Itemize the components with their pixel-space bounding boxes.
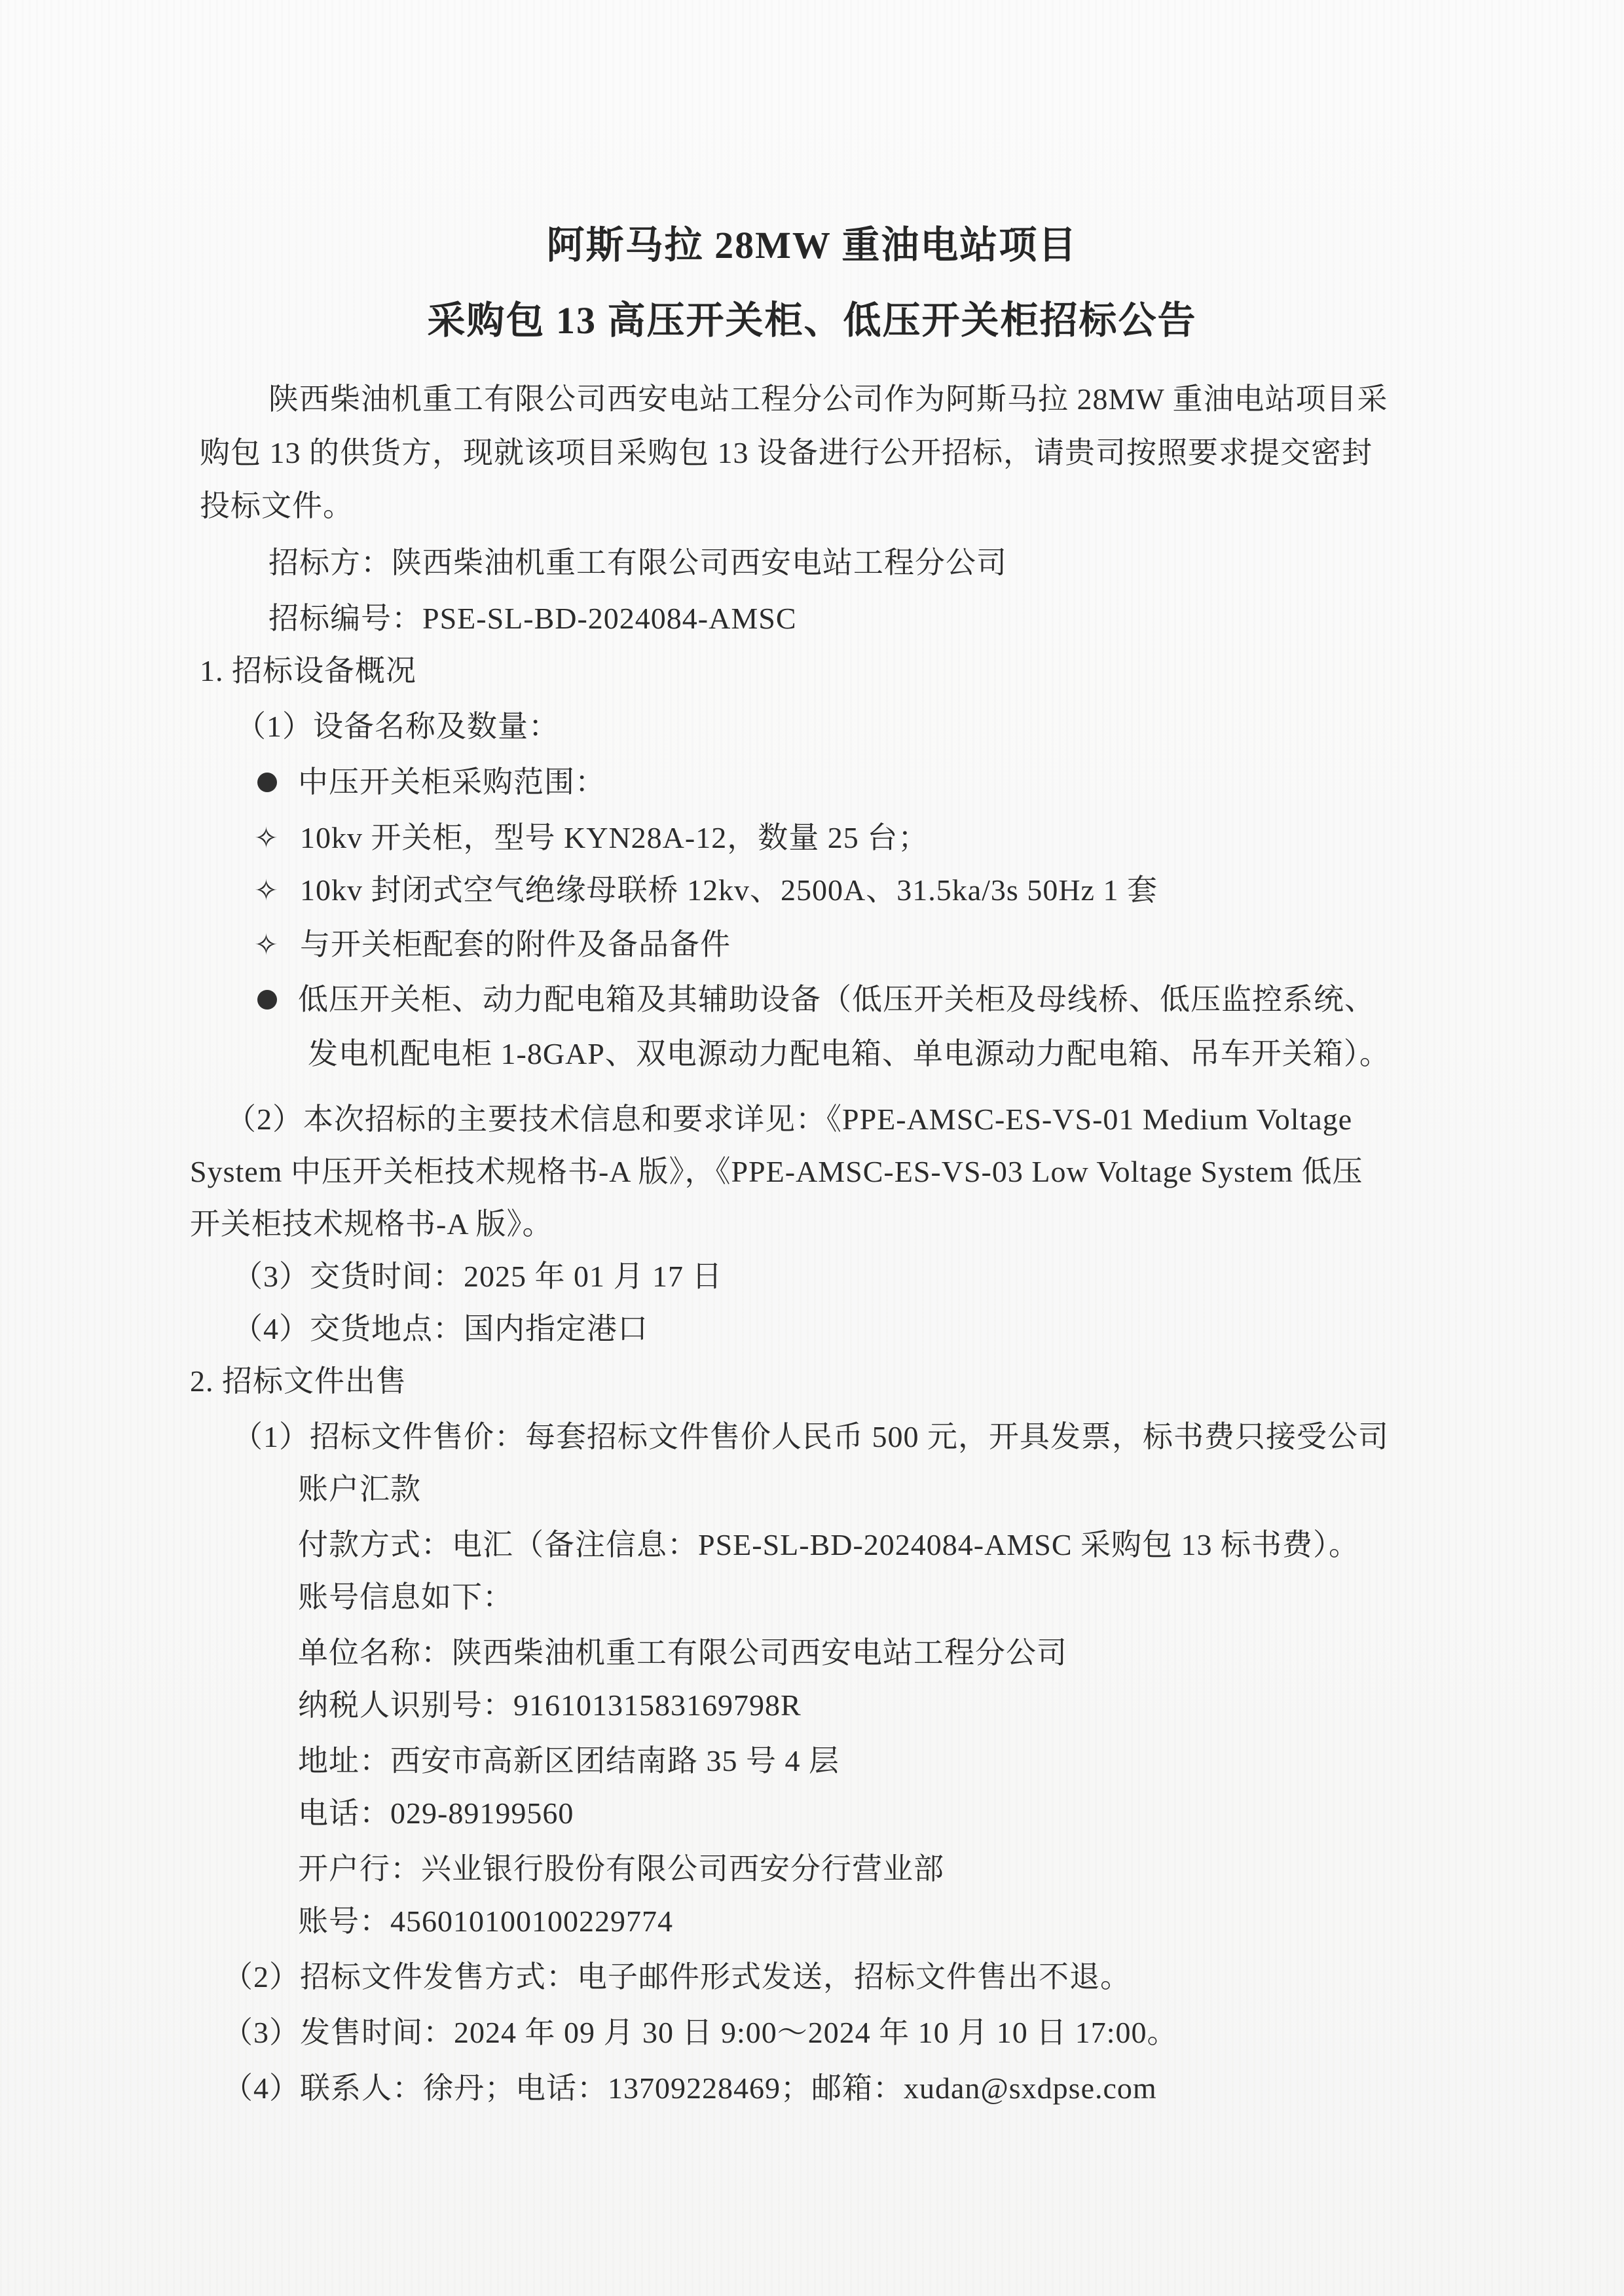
- section2-item3: （3）发售时间：2024 年 09 月 30 日 9:00～2024 年 10 …: [223, 2014, 1178, 2051]
- intro-line-3: 投标文件。: [200, 488, 354, 524]
- document-page: 阿斯马拉 28MW 重油电站项目 采购包 13 高压开关柜、低压开关柜招标公告 …: [0, 0, 1624, 2296]
- bullet-text: 低压开关柜、动力配电箱及其辅助设备（低压开关柜及母线桥、低压监控系统、: [298, 983, 1375, 1016]
- section2-item1-line2: 账户汇款: [298, 1471, 421, 1508]
- tax-id: 纳税人识别号：91610131583169798R: [298, 1687, 802, 1724]
- unit-name: 单位名称：陕西柴油机重工有限公司西安电站工程分公司: [298, 1635, 1067, 1671]
- section1-item4: （4）交货地点：国内指定港口: [232, 1311, 648, 1347]
- sub-item-text: 10kv 封闭式空气绝缘母联桥 12kv、2500A、31.5ka/3s 50H…: [300, 873, 1158, 907]
- intro-line-1: 陕西柴油机重工有限公司西安电站工程分公司作为阿斯马拉 28MW 重油电站项目采: [268, 381, 1388, 418]
- phone: 电话：029-89199560: [298, 1795, 574, 1832]
- tenderer: 招标方：陕西柴油机重工有限公司西安电站工程分公司: [268, 545, 1007, 581]
- sub-item-text: 与开关柜配套的附件及备品备件: [300, 928, 731, 961]
- section1-heading: 1. 招标设备概况: [200, 653, 416, 689]
- section2-heading: 2. 招标文件出售: [190, 1363, 407, 1400]
- bullet-dot-icon: [257, 990, 277, 1010]
- sub-item-text: 10kv 开关柜，型号 KYN28A-12，数量 25 台；: [300, 821, 929, 854]
- section1-item2-line1: （2）本次招标的主要技术信息和要求详见：《PPE-AMSC-ES-VS-01 M…: [226, 1101, 1352, 1138]
- section1-item3: （3）交货时间：2025 年 01 月 17 日: [232, 1258, 723, 1295]
- account-intro: 账号信息如下：: [298, 1579, 513, 1616]
- bank: 开户行：兴业银行股份有限公司西安分行营业部: [298, 1851, 944, 1887]
- address: 地址：西安市高新区团结南路 35 号 4 层: [298, 1743, 840, 1779]
- diamond-icon: ✧: [254, 873, 300, 909]
- title-line-1: 阿斯马拉 28MW 重油电站项目: [0, 223, 1624, 268]
- sub-item-1: ✧10kv 开关柜，型号 KYN28A-12，数量 25 台；: [254, 820, 929, 857]
- section2-item2: （2）招标文件发售方式：电子邮件形式发送，招标文件售出不退。: [223, 1959, 1131, 1995]
- intro-line-2: 购包 13 的供货方，现就该项目采购包 13 设备进行公开招标，请贵司按照要求提…: [200, 435, 1373, 471]
- tender-number: 招标编号：PSE-SL-BD-2024084-AMSC: [268, 600, 797, 637]
- bullet-text: 中压开关柜采购范围：: [298, 765, 606, 799]
- bullet-low-voltage-cont: 发电机配电柜 1-8GAP、双电源动力配电箱、单电源动力配电箱、吊车开关箱）。: [308, 1036, 1390, 1072]
- section2-item4: （4）联系人：徐丹；电话：13709228469；邮箱：xudan@sxdpse…: [223, 2070, 1157, 2107]
- bullet-dot-icon: [257, 773, 277, 792]
- account-number: 账号：456010100100229774: [298, 1903, 673, 1940]
- title-line-2: 采购包 13 高压开关柜、低压开关柜招标公告: [0, 298, 1624, 344]
- payment-method: 付款方式：电汇（备注信息：PSE-SL-BD-2024084-AMSC 采购包 …: [298, 1527, 1359, 1563]
- section1-item2-line3: 开关柜技术规格书-A 版》。: [190, 1206, 553, 1243]
- section1-item2-line2: System 中压开关柜技术规格书-A 版》，《PPE-AMSC-ES-VS-0…: [190, 1154, 1363, 1190]
- section2-item1-line1: （1）招标文件售价：每套招标文件售价人民币 500 元，开具发票，标书费只接受公…: [232, 1419, 1389, 1455]
- sub-item-2: ✧10kv 封闭式空气绝缘母联桥 12kv、2500A、31.5ka/3s 50…: [254, 872, 1158, 909]
- diamond-icon: ✧: [254, 820, 300, 857]
- section1-item1-label: （1）设备名称及数量：: [236, 708, 559, 745]
- sub-item-3: ✧与开关柜配套的附件及备品备件: [254, 926, 731, 964]
- diamond-icon: ✧: [254, 927, 300, 964]
- bullet-medium-voltage: 中压开关柜采购范围：: [252, 764, 606, 801]
- bullet-low-voltage: 低压开关柜、动力配电箱及其辅助设备（低压开关柜及母线桥、低压监控系统、: [252, 981, 1375, 1018]
